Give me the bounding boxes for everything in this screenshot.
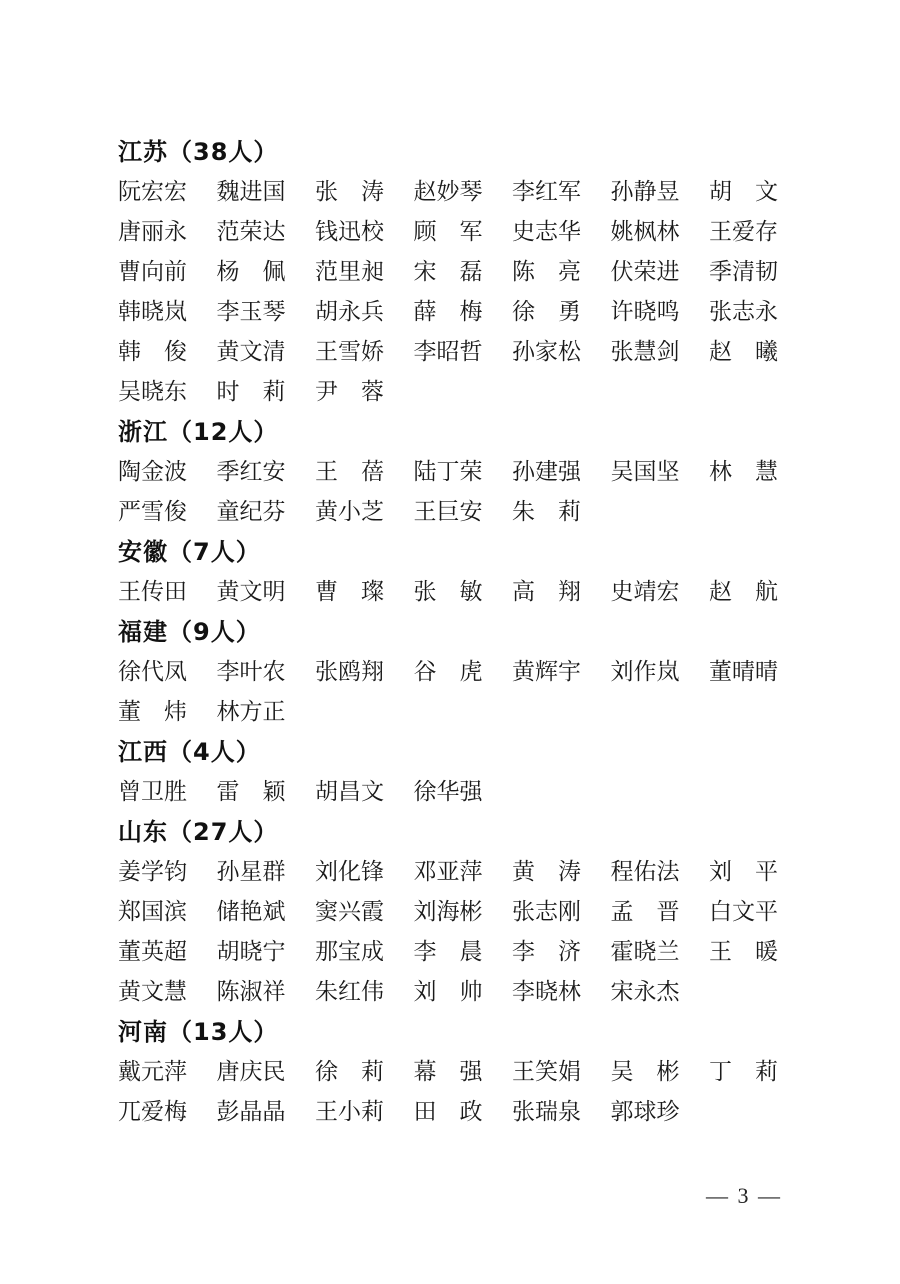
section-title: 江西（4人） xyxy=(118,732,798,772)
province-count: （4人） xyxy=(168,738,261,766)
person-name: 白文平 xyxy=(709,892,808,932)
person-name: 刘帅 xyxy=(414,972,513,1012)
person-name: 张鸥翔 xyxy=(315,652,414,692)
person-name: 唐丽永 xyxy=(118,212,217,252)
person-name: 雷颖 xyxy=(217,772,316,812)
names-row: 严雪俊童纪芬黄小芝王巨安朱莉 xyxy=(118,492,798,532)
person-name: 陆丁荣 xyxy=(414,452,513,492)
person-name: 曾卫胜 xyxy=(118,772,217,812)
person-name: 刘作岚 xyxy=(611,652,710,692)
names-row: 韩俊黄文清王雪娇李昭哲孙家松张慧剑赵曦 xyxy=(118,332,798,372)
person-name: 胡永兵 xyxy=(315,292,414,332)
person-name: 胡晓宁 xyxy=(217,932,316,972)
person-name: 张志永 xyxy=(709,292,808,332)
person-name: 霍晓兰 xyxy=(611,932,710,972)
person-name: 刘海彬 xyxy=(414,892,513,932)
province-count: （12人） xyxy=(168,418,278,446)
person-name: 曹璨 xyxy=(315,572,414,612)
person-name: 邓亚萍 xyxy=(414,852,513,892)
person-name: 徐勇 xyxy=(512,292,611,332)
person-name: 黄涛 xyxy=(512,852,611,892)
person-name: 阮宏宏 xyxy=(118,172,217,212)
person-name: 吴晓东 xyxy=(118,372,217,412)
section-title: 浙江（12人） xyxy=(118,412,798,452)
person-name: 彭晶晶 xyxy=(217,1092,316,1132)
person-name: 黄文慧 xyxy=(118,972,217,1012)
names-row: 王传田黄文明曹璨张敏高翔史靖宏赵航 xyxy=(118,572,798,612)
person-name: 韩俊 xyxy=(118,332,217,372)
person-name: 王蓓 xyxy=(315,452,414,492)
person-name: 王雪娇 xyxy=(315,332,414,372)
names-row: 曹向前杨佩范里昶宋磊陈亮伏荣进季清韧 xyxy=(118,252,798,292)
person-name: 史靖宏 xyxy=(611,572,710,612)
person-name: 林方正 xyxy=(217,692,316,732)
names-row: 韩晓岚李玉琴胡永兵薛梅徐勇许晓鸣张志永 xyxy=(118,292,798,332)
person-name: 孙建强 xyxy=(512,452,611,492)
person-name: 姜学钧 xyxy=(118,852,217,892)
person-name: 李晨 xyxy=(414,932,513,972)
person-name: 程佑法 xyxy=(611,852,710,892)
person-name: 张志刚 xyxy=(512,892,611,932)
province-count: （27人） xyxy=(168,818,278,846)
names-row: 兀爱梅彭晶晶王小莉田政张瑞泉郭球珍 xyxy=(118,1092,798,1132)
person-name: 顾军 xyxy=(414,212,513,252)
names-row: 戴元萍唐庆民徐莉幕强王笑娟吴彬丁莉 xyxy=(118,1052,798,1092)
document-page: 江苏（38人）阮宏宏魏进国张涛赵妙琴李红军孙静昱胡文唐丽永范荣达钱迅校顾军史志华… xyxy=(118,132,798,1132)
section-title: 河南（13人） xyxy=(118,1012,798,1052)
province-name: 浙江 xyxy=(118,418,168,446)
person-name: 童纪芬 xyxy=(217,492,316,532)
person-name: 董炜 xyxy=(118,692,217,732)
names-row: 曾卫胜雷颖胡昌文徐华强 xyxy=(118,772,798,812)
person-name: 朱红伟 xyxy=(315,972,414,1012)
person-name: 王传田 xyxy=(118,572,217,612)
person-name: 吴国坚 xyxy=(611,452,710,492)
person-name: 伏荣进 xyxy=(611,252,710,292)
person-name: 杨佩 xyxy=(217,252,316,292)
person-name: 钱迅校 xyxy=(315,212,414,252)
person-name: 黄文明 xyxy=(217,572,316,612)
page-number: — 3 — xyxy=(706,1183,782,1209)
person-name: 幕强 xyxy=(414,1052,513,1092)
person-name: 许晓鸣 xyxy=(611,292,710,332)
person-name: 王笑娟 xyxy=(512,1052,611,1092)
person-name: 宋永杰 xyxy=(611,972,710,1012)
person-name: 尹蓉 xyxy=(315,372,414,412)
section-title: 江苏（38人） xyxy=(118,132,798,172)
person-name: 范荣达 xyxy=(217,212,316,252)
person-name: 徐代凤 xyxy=(118,652,217,692)
person-name: 郭球珍 xyxy=(611,1092,710,1132)
person-name: 谷虎 xyxy=(414,652,513,692)
province-name: 山东 xyxy=(118,818,168,846)
person-name: 胡昌文 xyxy=(315,772,414,812)
person-name: 那宝成 xyxy=(315,932,414,972)
person-name: 孙星群 xyxy=(217,852,316,892)
person-name: 李济 xyxy=(512,932,611,972)
person-name: 韩晓岚 xyxy=(118,292,217,332)
names-row: 阮宏宏魏进国张涛赵妙琴李红军孙静昱胡文 xyxy=(118,172,798,212)
person-name: 李叶农 xyxy=(217,652,316,692)
person-name: 田政 xyxy=(414,1092,513,1132)
person-name: 张瑞泉 xyxy=(512,1092,611,1132)
person-name: 徐华强 xyxy=(414,772,513,812)
names-row: 陶金波季红安王蓓陆丁荣孙建强吴国坚林慧 xyxy=(118,452,798,492)
province-name: 河南 xyxy=(118,1018,168,1046)
province-name: 江西 xyxy=(118,738,168,766)
person-name: 胡文 xyxy=(709,172,808,212)
person-name: 季红安 xyxy=(217,452,316,492)
person-name: 陈亮 xyxy=(512,252,611,292)
section-title: 福建（9人） xyxy=(118,612,798,652)
person-name: 季清韧 xyxy=(709,252,808,292)
person-name: 孟晋 xyxy=(611,892,710,932)
person-name: 赵航 xyxy=(709,572,808,612)
person-name: 陶金波 xyxy=(118,452,217,492)
names-row: 董炜林方正 xyxy=(118,692,798,732)
person-name: 李红军 xyxy=(512,172,611,212)
person-name: 姚枫林 xyxy=(611,212,710,252)
person-name: 窦兴霞 xyxy=(315,892,414,932)
province-name: 福建 xyxy=(118,618,168,646)
person-name: 储艳斌 xyxy=(217,892,316,932)
person-name: 董晴晴 xyxy=(709,652,808,692)
person-name: 李昭哲 xyxy=(414,332,513,372)
person-name: 高翔 xyxy=(512,572,611,612)
section-title: 安徽（7人） xyxy=(118,532,798,572)
person-name: 戴元萍 xyxy=(118,1052,217,1092)
names-row: 吴晓东时莉尹蓉 xyxy=(118,372,798,412)
person-name: 王暖 xyxy=(709,932,808,972)
names-row: 徐代凤李叶农张鸥翔谷虎黄辉宇刘作岚董晴晴 xyxy=(118,652,798,692)
province-count: （13人） xyxy=(168,1018,278,1046)
person-name: 李晓林 xyxy=(512,972,611,1012)
person-name: 刘化锋 xyxy=(315,852,414,892)
person-name: 丁莉 xyxy=(709,1052,808,1092)
person-name: 薛梅 xyxy=(414,292,513,332)
names-row: 董英超胡晓宁那宝成李晨李济霍晓兰王暖 xyxy=(118,932,798,972)
person-name: 王小莉 xyxy=(315,1092,414,1132)
person-name: 董英超 xyxy=(118,932,217,972)
section-title: 山东（27人） xyxy=(118,812,798,852)
province-count: （7人） xyxy=(168,538,261,566)
person-name: 范里昶 xyxy=(315,252,414,292)
person-name: 郑国滨 xyxy=(118,892,217,932)
person-name: 黄文清 xyxy=(217,332,316,372)
person-name: 王巨安 xyxy=(414,492,513,532)
province-name: 江苏 xyxy=(118,138,168,166)
person-name: 黄辉宇 xyxy=(512,652,611,692)
person-name: 徐莉 xyxy=(315,1052,414,1092)
person-name: 孙家松 xyxy=(512,332,611,372)
person-name: 史志华 xyxy=(512,212,611,252)
person-name: 张敏 xyxy=(414,572,513,612)
person-name: 王爱存 xyxy=(709,212,808,252)
names-row: 黄文慧陈淑祥朱红伟刘帅李晓林宋永杰 xyxy=(118,972,798,1012)
person-name: 赵曦 xyxy=(709,332,808,372)
person-name: 唐庆民 xyxy=(217,1052,316,1092)
person-name: 赵妙琴 xyxy=(414,172,513,212)
province-count: （38人） xyxy=(168,138,278,166)
names-row: 唐丽永范荣达钱迅校顾军史志华姚枫林王爱存 xyxy=(118,212,798,252)
person-name: 宋磊 xyxy=(414,252,513,292)
person-name: 兀爱梅 xyxy=(118,1092,217,1132)
person-name: 孙静昱 xyxy=(611,172,710,212)
person-name: 曹向前 xyxy=(118,252,217,292)
person-name: 朱莉 xyxy=(512,492,611,532)
names-row: 郑国滨储艳斌窦兴霞刘海彬张志刚孟晋白文平 xyxy=(118,892,798,932)
person-name: 陈淑祥 xyxy=(217,972,316,1012)
person-name: 黄小芝 xyxy=(315,492,414,532)
person-name: 时莉 xyxy=(217,372,316,412)
person-name: 林慧 xyxy=(709,452,808,492)
names-row: 姜学钧孙星群刘化锋邓亚萍黄涛程佑法刘平 xyxy=(118,852,798,892)
person-name: 严雪俊 xyxy=(118,492,217,532)
province-name: 安徽 xyxy=(118,538,168,566)
person-name: 魏进国 xyxy=(217,172,316,212)
person-name: 刘平 xyxy=(709,852,808,892)
person-name: 张慧剑 xyxy=(611,332,710,372)
person-name: 张涛 xyxy=(315,172,414,212)
person-name: 吴彬 xyxy=(611,1052,710,1092)
person-name: 李玉琴 xyxy=(217,292,316,332)
province-count: （9人） xyxy=(168,618,261,646)
